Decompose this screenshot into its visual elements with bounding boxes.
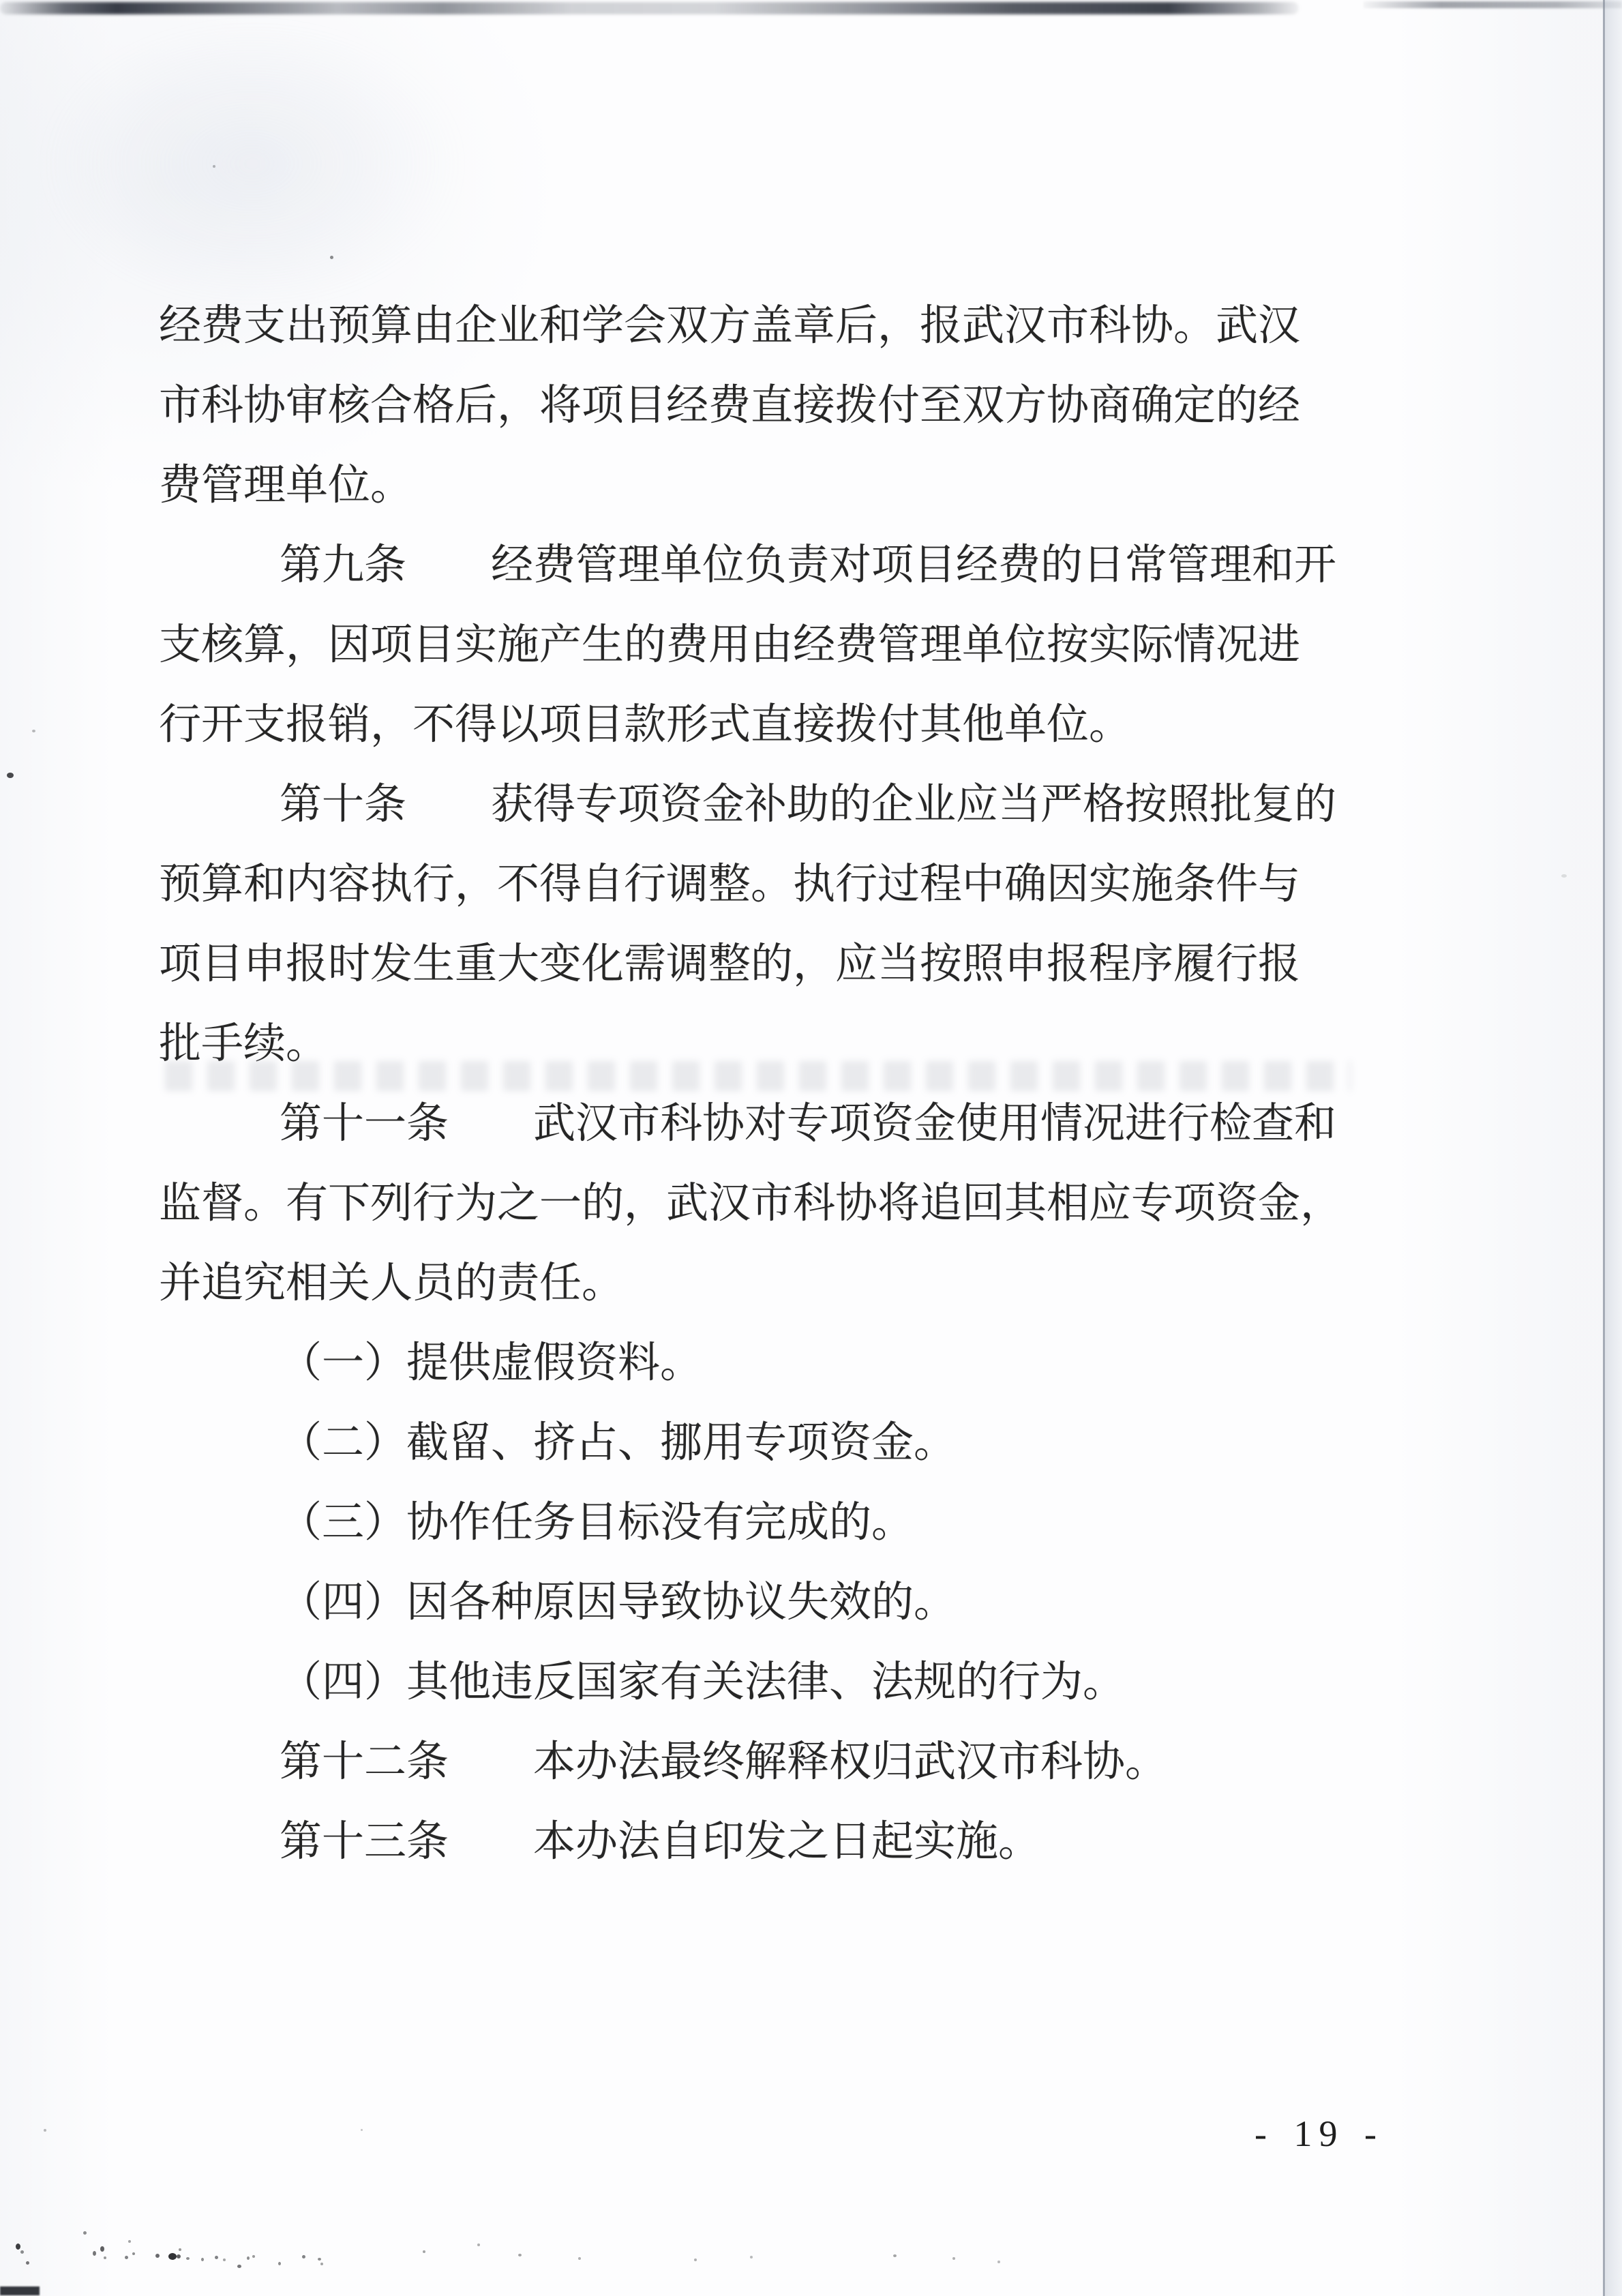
text-line-2: 市科协审核合格后，将项目经费直接拨付至双方协商确定的经 bbox=[159, 366, 1407, 446]
scan-speck bbox=[32, 730, 35, 732]
scan-smudge-top-right-icon bbox=[1364, 1, 1622, 8]
text-line-17: （四）因各种原因导致协议失效的。 bbox=[159, 1563, 1407, 1643]
scan-speck bbox=[423, 2250, 425, 2253]
scan-speck bbox=[93, 2251, 96, 2256]
scan-speck bbox=[997, 2261, 1000, 2263]
scan-speck bbox=[247, 2256, 250, 2260]
scan-speck bbox=[215, 2256, 218, 2259]
text-line-3: 费管理单位。 bbox=[159, 446, 1407, 526]
scan-speck bbox=[7, 773, 14, 778]
scan-smudge-top-icon bbox=[0, 2, 1299, 14]
scanner-edge-strip bbox=[1605, 0, 1622, 2296]
scan-speck bbox=[26, 2261, 29, 2265]
scan-speck bbox=[518, 2254, 522, 2256]
scan-artifact-corner-bar bbox=[0, 2286, 40, 2295]
scan-speck bbox=[128, 2240, 131, 2243]
text-line-12: 监督。有下列行为之一的，武汉市科协将追回其相应专项资金， bbox=[159, 1164, 1407, 1244]
scan-speck bbox=[278, 2262, 281, 2265]
bleed-through-ghost-text bbox=[165, 1061, 1351, 1091]
scan-speck bbox=[168, 2253, 177, 2260]
scan-speck bbox=[223, 2258, 226, 2261]
scan-speck bbox=[100, 2246, 104, 2252]
text-line-6: 行开支报销，不得以项目款形式直接拨付其他单位。 bbox=[159, 685, 1407, 765]
scan-speck bbox=[320, 2263, 323, 2265]
scan-speck bbox=[694, 2258, 697, 2261]
scan-speck bbox=[318, 2258, 321, 2261]
text-line-13: 并追究相关人员的责任。 bbox=[159, 1244, 1407, 1324]
text-line-15: （二）截留、挤占、挪用专项资金。 bbox=[159, 1403, 1407, 1483]
text-line-1: 经费支出预算由企业和学会双方盖章后，报武汉市科协。武汉 bbox=[159, 286, 1407, 366]
scan-speck bbox=[104, 2256, 106, 2259]
scan-speck bbox=[252, 2255, 255, 2258]
scan-speck bbox=[578, 2257, 581, 2260]
text-line-19: 第十二条 本办法最终解释权归武汉市科协。 bbox=[159, 1723, 1407, 1802]
scan-speck bbox=[83, 2231, 87, 2235]
scan-speck bbox=[477, 2243, 480, 2246]
scan-speck bbox=[361, 2129, 363, 2131]
text-line-9: 项目申报时发生重大变化需调整的，应当按照申报程序履行报 bbox=[159, 925, 1407, 1004]
scan-speck bbox=[132, 2252, 135, 2255]
scan-speck bbox=[201, 2258, 204, 2261]
scan-speck bbox=[177, 2254, 181, 2258]
scan-speck bbox=[237, 2265, 241, 2268]
text-line-16: （三）协作任务目标没有完成的。 bbox=[159, 1483, 1407, 1563]
scan-speck bbox=[213, 165, 215, 168]
page-number: - 19 - bbox=[1255, 2113, 1383, 2155]
text-line-7: 第十条 获得专项资金补助的企业应当严格按照批复的 bbox=[159, 765, 1407, 845]
scan-speck bbox=[179, 2248, 181, 2251]
text-line-4: 第九条 经费管理单位负责对项目经费的日常管理和开 bbox=[159, 526, 1407, 606]
scan-speck bbox=[302, 2255, 305, 2258]
text-line-18: （四）其他违反国家有关法律、法规的行为。 bbox=[159, 1643, 1407, 1723]
text-line-5: 支核算，因项目实施产生的费用由经费管理单位按实际情况进 bbox=[159, 606, 1407, 685]
scan-speck bbox=[125, 2256, 128, 2259]
scan-haze bbox=[41, 20, 464, 307]
scan-speck bbox=[1561, 874, 1567, 878]
scan-speck bbox=[750, 2256, 753, 2258]
scan-speck bbox=[20, 2250, 24, 2254]
scanned-document-page: 经费支出预算由企业和学会双方盖章后，报武汉市科协。武汉市科协审核合格后，将项目经… bbox=[0, 0, 1622, 2296]
scan-speck bbox=[44, 2129, 46, 2132]
scan-speck bbox=[16, 2243, 20, 2250]
scan-speck bbox=[952, 2257, 955, 2260]
scan-speck bbox=[186, 2257, 190, 2260]
text-line-11: 第十一条 武汉市科协对专项资金使用情况进行检查和 bbox=[159, 1084, 1407, 1164]
scan-speck bbox=[330, 256, 333, 259]
scan-speck bbox=[893, 2254, 897, 2257]
scan-speck bbox=[155, 2254, 160, 2258]
text-line-14: （一）提供虚假资料。 bbox=[159, 1324, 1407, 1403]
text-line-20: 第十三条 本办法自印发之日起实施。 bbox=[159, 1802, 1407, 1882]
text-line-8: 预算和内容执行，不得自行调整。执行过程中确因实施条件与 bbox=[159, 845, 1407, 925]
